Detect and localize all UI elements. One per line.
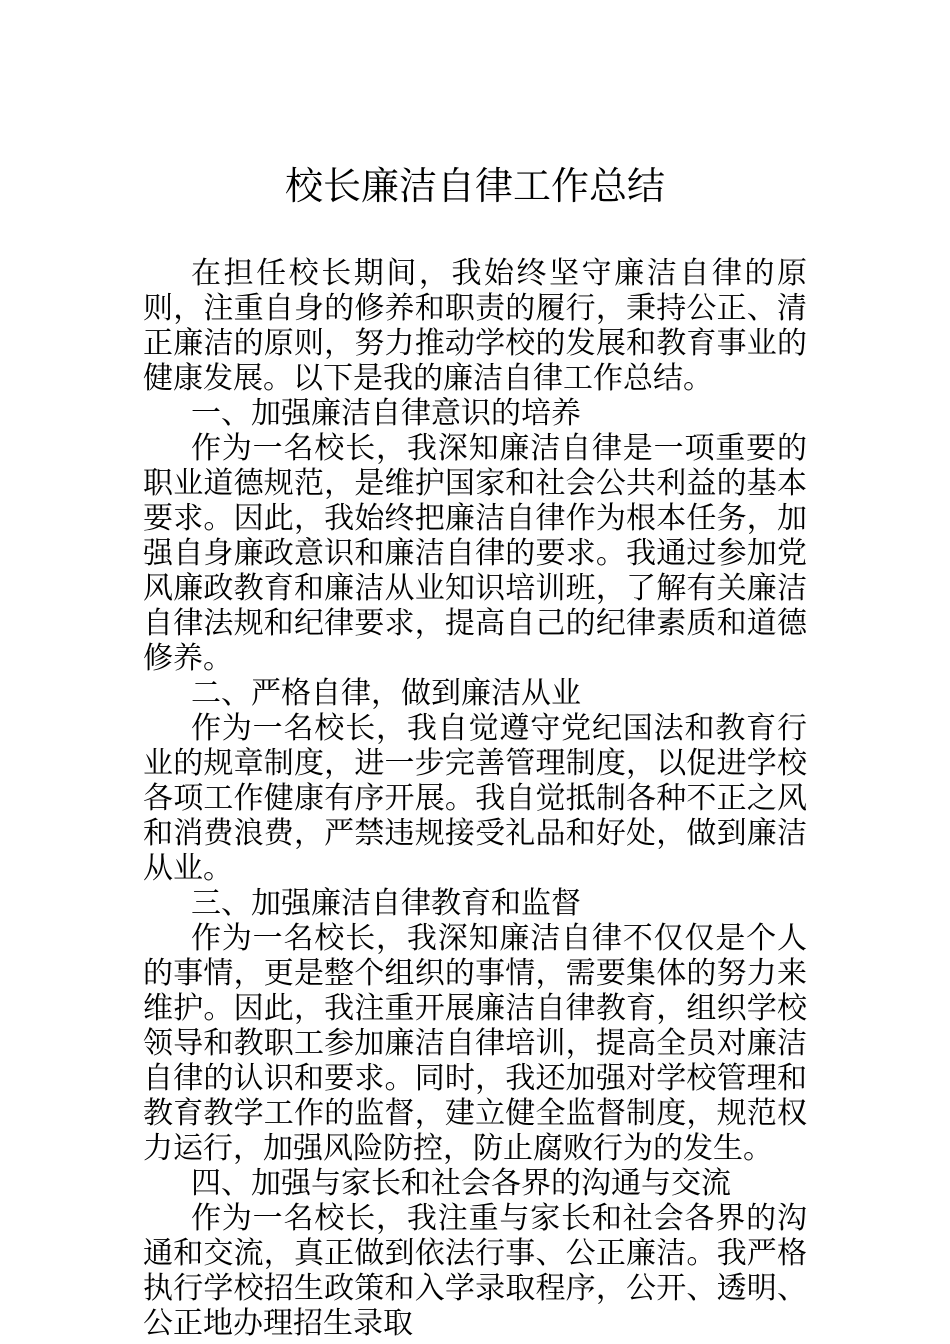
section-heading: 三、加强廉洁自律教育和监督 xyxy=(143,886,807,921)
paragraph: 作为一名校长，我深知廉洁自律是一项重要的职业道德规范，是维护国家和社会公共利益的… xyxy=(143,431,807,676)
paragraph: 在担任校长期间，我始终坚守廉洁自律的原则，注重自身的修养和职责的履行，秉持公正、… xyxy=(143,256,807,396)
paragraph: 作为一名校长，我深知廉洁自律不仅仅是个人的事情，更是整个组织的事情，需要集体的努… xyxy=(143,921,807,1166)
section-heading: 一、加强廉洁自律意识的培养 xyxy=(143,396,807,431)
document-title: 校长廉洁自律工作总结 xyxy=(143,164,807,210)
paragraph: 作为一名校长，我自觉遵守党纪国法和教育行业的规章制度，进一步完善管理制度，以促进… xyxy=(143,711,807,886)
section-heading: 二、严格自律，做到廉洁从业 xyxy=(143,676,807,711)
document-page: 校长廉洁自律工作总结 在担任校长期间，我始终坚守廉洁自律的原则，注重自身的修养和… xyxy=(0,0,950,1344)
section-heading: 四、加强与家长和社会各界的沟通与交流 xyxy=(143,1166,807,1201)
paragraph: 作为一名校长，我注重与家长和社会各界的沟通和交流，真正做到依法行事、公正廉洁。我… xyxy=(143,1201,807,1341)
